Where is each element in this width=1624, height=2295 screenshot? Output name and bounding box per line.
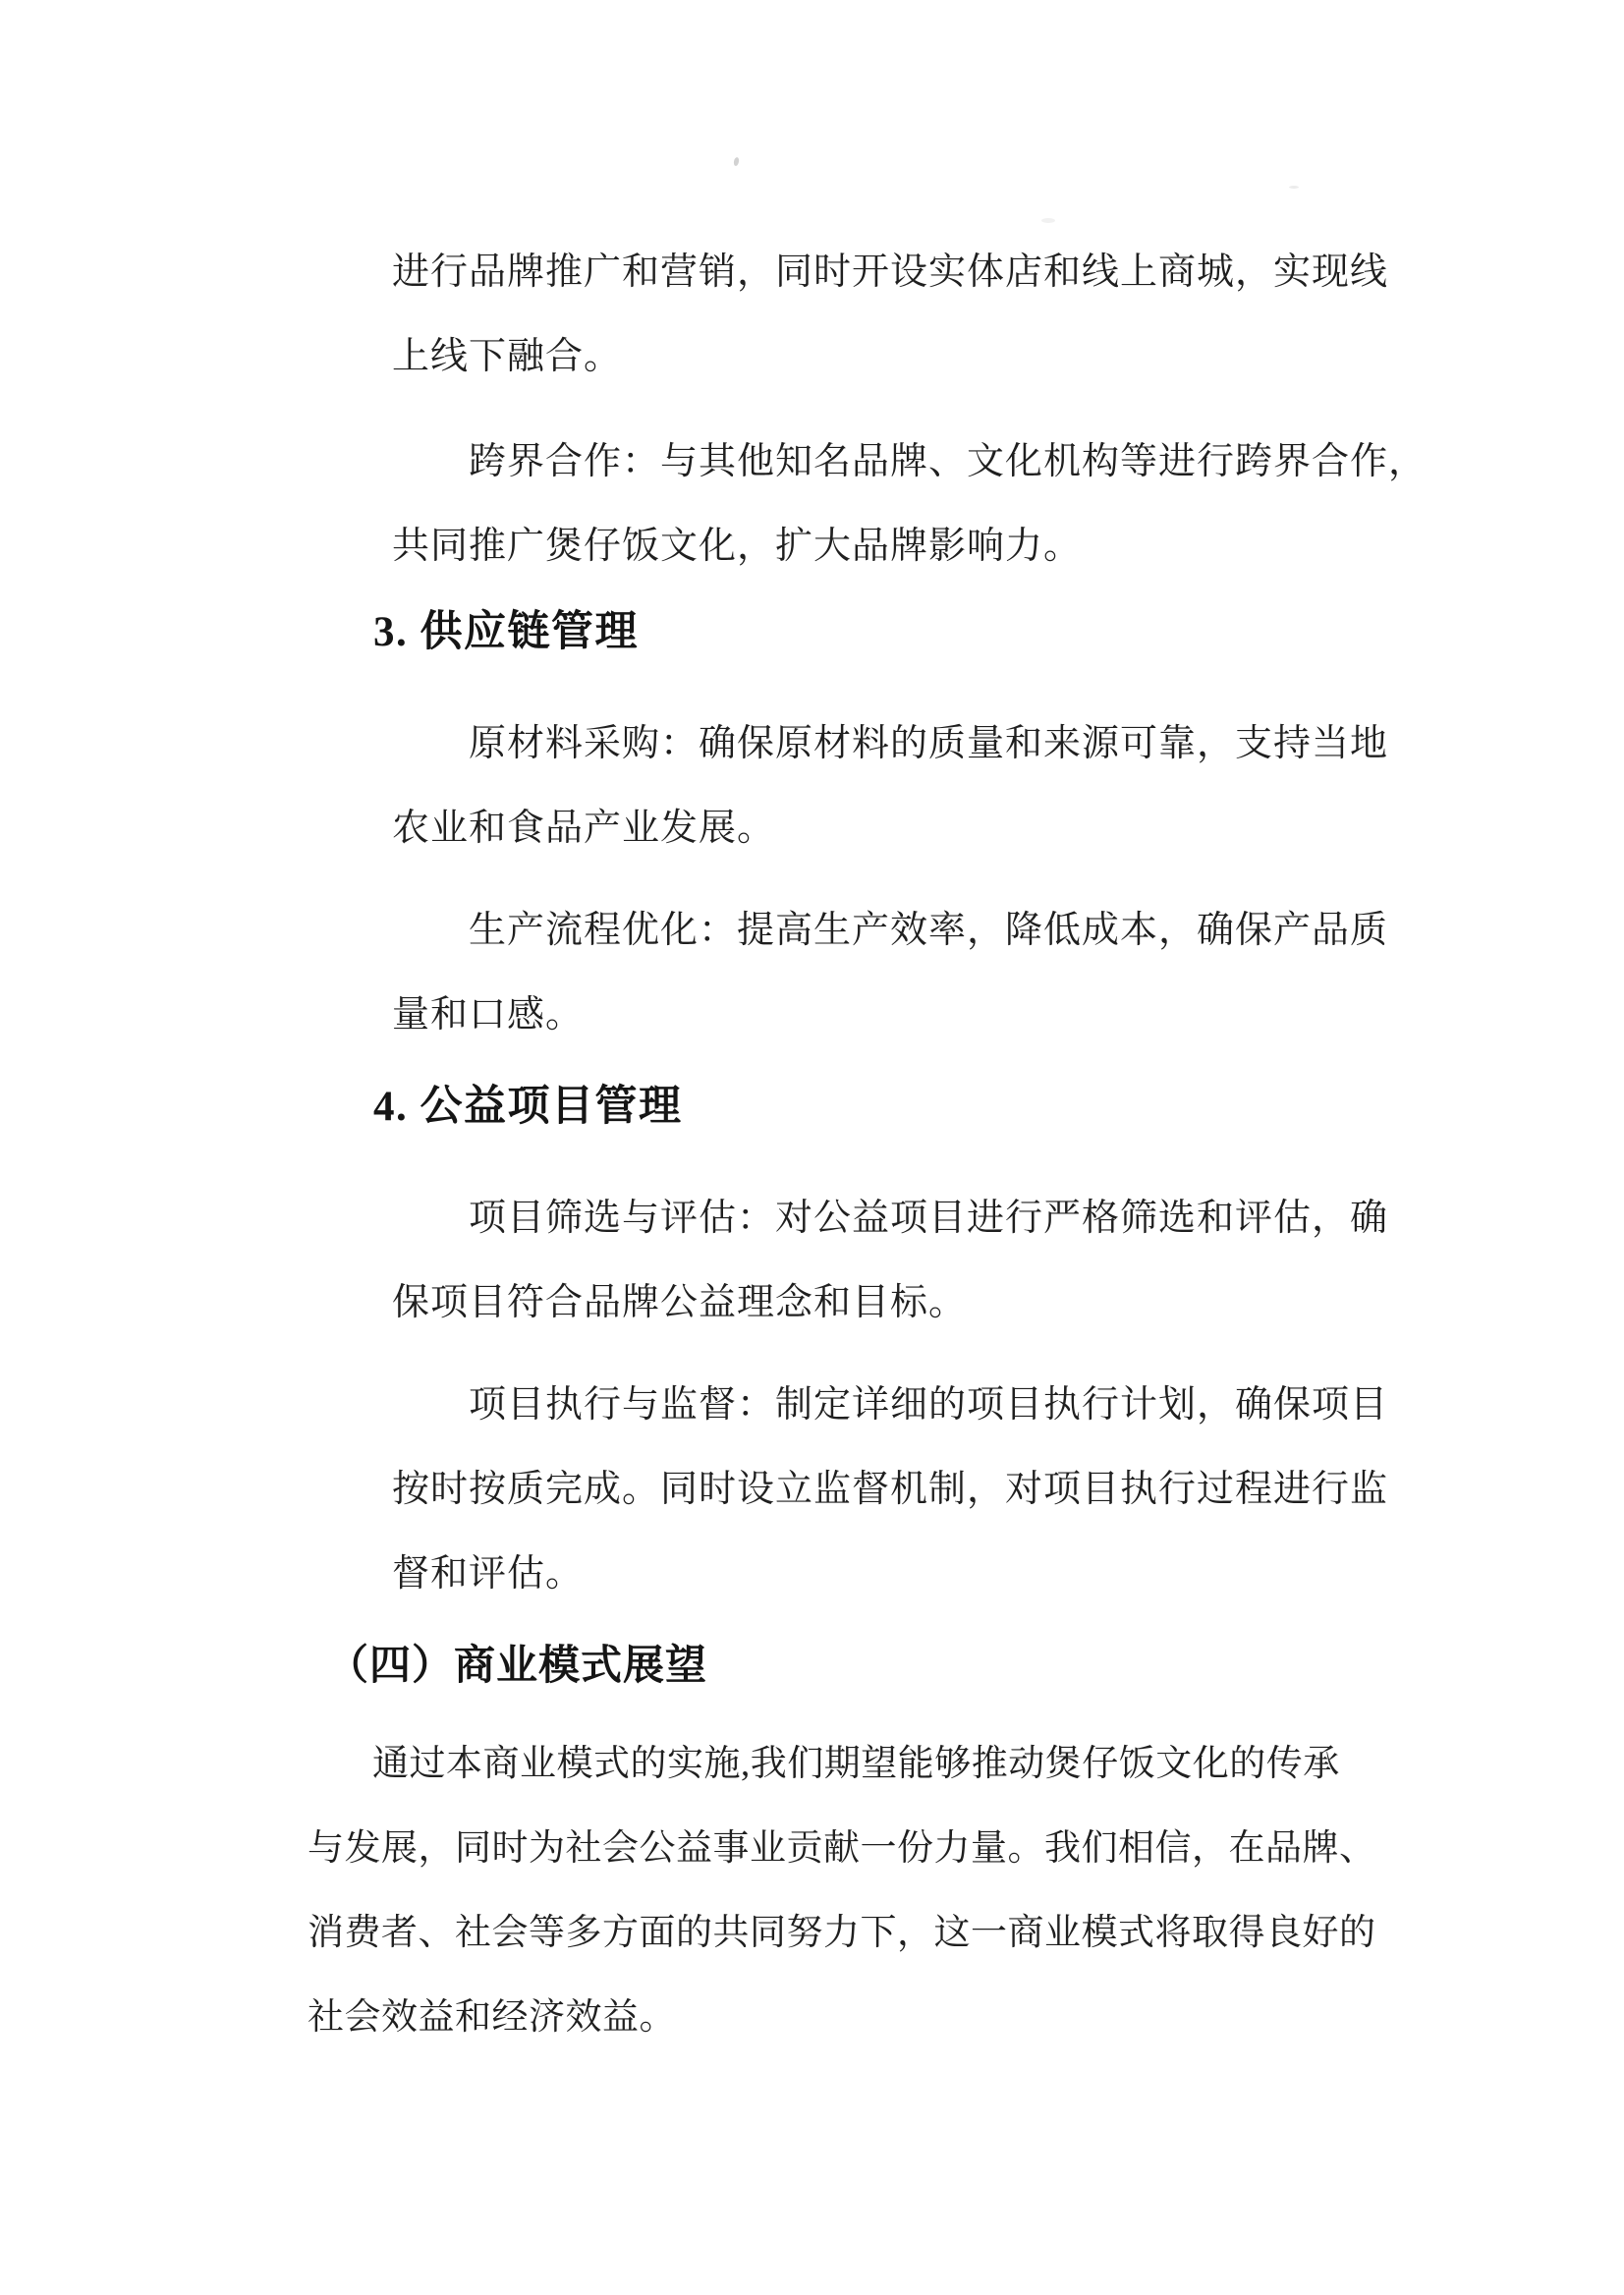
text-line: 督和评估。: [392, 1532, 1394, 1616]
document-page: 进行品牌推广和营销，同时开设实体店和线上商城，实现线 上线下融合。 跨界合作：与…: [0, 0, 1624, 2295]
text-line: 量和口感。: [392, 973, 1394, 1057]
text-line: 农业和食品产业发展。: [392, 786, 1394, 870]
text-line: 消费者、社会等多方面的共同努力下，这一商业模式将取得良好的: [308, 1891, 1369, 1976]
chapter-heading-business-model-outlook: （四）商业模式展望: [327, 1622, 1624, 1710]
scan-artifact: [1041, 218, 1055, 223]
paragraph: 原材料采购：确保原材料的质量和来源可靠，支持当地 农业和食品产业发展。: [392, 701, 1394, 870]
paragraph: 项目筛选与评估：对公益项目进行严格筛选和评估，确 保项目符合品牌公益理念和目标。: [392, 1176, 1394, 1345]
text-line: 进行品牌推广和营销，同时开设实体店和线上商城，实现线: [392, 230, 1394, 314]
text-line: 项目执行与监督：制定详细的项目执行计划，确保项目: [392, 1363, 1394, 1447]
text-line: 通过本商业模式的实施,我们期望能够推动煲仔饭文化的传承: [308, 1722, 1369, 1807]
section-heading-supply-chain: 3. 供应链管理: [373, 588, 1624, 677]
paragraph: 进行品牌推广和营销，同时开设实体店和线上商城，实现线 上线下融合。: [392, 230, 1394, 399]
section-heading-charity-project: 4. 公益项目管理: [373, 1063, 1624, 1151]
paragraph: 项目执行与监督：制定详细的项目执行计划，确保项目 按时按质完成。同时设立监督机制…: [392, 1363, 1394, 1616]
text-line: 生产流程优化：提高生产效率，降低成本，确保产品质: [392, 888, 1394, 973]
document-body: 进行品牌推广和营销，同时开设实体店和线上商城，实现线 上线下融合。 跨界合作：与…: [0, 230, 1624, 2060]
text-line: 原材料采购：确保原材料的质量和来源可靠，支持当地: [392, 701, 1394, 786]
paragraph: 通过本商业模式的实施,我们期望能够推动煲仔饭文化的传承 与发展，同时为社会公益事…: [308, 1722, 1369, 2060]
text-line: 社会效益和经济效益。: [308, 1976, 1369, 2060]
scan-artifact: [1289, 186, 1299, 189]
paragraph: 生产流程优化：提高生产效率，降低成本，确保产品质 量和口感。: [392, 888, 1394, 1057]
text-line: 上线下融合。: [392, 314, 1394, 399]
scan-artifact: [733, 157, 740, 167]
text-line: 保项目符合品牌公益理念和目标。: [392, 1260, 1394, 1345]
text-line: 与发展，同时为社会公益事业贡献一份力量。我们相信，在品牌、: [308, 1807, 1369, 1891]
text-line: 项目筛选与评估：对公益项目进行严格筛选和评估，确: [392, 1176, 1394, 1260]
paragraph: 跨界合作：与其他知名品牌、文化机构等进行跨界合作， 共同推广煲仔饭文化，扩大品牌…: [392, 420, 1394, 588]
text-line: 按时按质完成。同时设立监督机制，对项目执行过程进行监: [392, 1447, 1394, 1532]
text-line: 跨界合作：与其他知名品牌、文化机构等进行跨界合作，: [392, 420, 1394, 504]
text-line: 共同推广煲仔饭文化，扩大品牌影响力。: [392, 504, 1394, 588]
